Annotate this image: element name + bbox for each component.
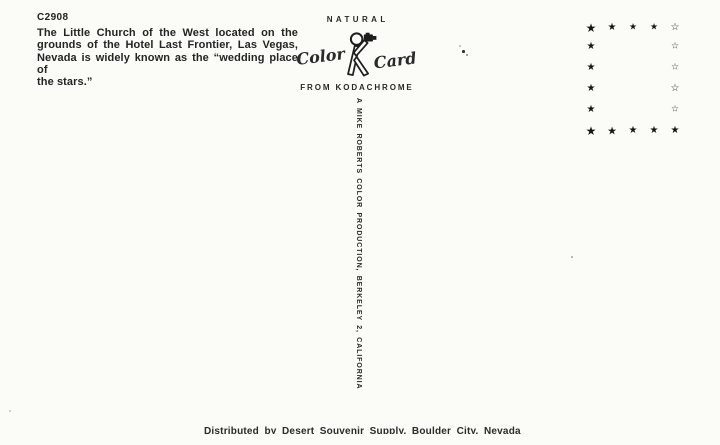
solid-star-icon: ★ — [607, 126, 617, 137]
distributor-line: Distributed by Desert Souvenir Supply, B… — [204, 426, 544, 434]
caption-line-2: grounds of the Hotel Last Frontier, Las … — [37, 39, 298, 51]
kodachrome-label: FROM KODACHROME — [300, 83, 413, 92]
solid-star-icon: ★ — [671, 126, 680, 136]
solid-star-icon: ★ — [586, 22, 597, 34]
caption-line-1: The Little Church of the West located on… — [37, 27, 298, 39]
caption-line-4: the stars.” — [37, 76, 298, 88]
scan-speck — [459, 45, 461, 47]
color-script-word: Color — [296, 44, 347, 69]
brand-natural-label: NATURAL — [327, 15, 389, 24]
solid-star-icon: ★ — [650, 24, 658, 33]
solid-star-icon: ★ — [587, 84, 596, 94]
solid-star-icon: ★ — [586, 125, 597, 137]
postcard-back: C2908 The Little Church of the West loca… — [0, 0, 720, 445]
scan-speck — [9, 410, 11, 412]
scan-speck — [571, 256, 573, 258]
scan-speck — [466, 54, 468, 56]
printer-credit-vertical: A MIKE ROBERTS COLOR PRODUCTION, BERKELE… — [351, 98, 362, 420]
outline-star-icon: ☆ — [671, 106, 679, 115]
card-number: C2908 — [37, 12, 68, 23]
caption-line-3: Nevada is widely known as the “wedding p… — [37, 52, 298, 77]
solid-star-icon: ★ — [629, 24, 637, 33]
distributor-clip: Distributed by Desert Souvenir Supply, B… — [204, 426, 544, 434]
solid-star-icon: ★ — [629, 126, 638, 136]
solid-star-icon: ★ — [650, 126, 659, 136]
scan-speck — [462, 50, 465, 53]
color-card-logo: Color Card — [296, 31, 415, 77]
outline-star-icon: ☆ — [671, 23, 680, 33]
outline-star-icon: ☆ — [671, 43, 679, 52]
solid-star-icon: ★ — [587, 42, 596, 52]
outline-star-icon: ☆ — [671, 64, 679, 73]
brand-block: NATURAL Color Card FROM KODACHROME — [294, 15, 418, 92]
solid-star-icon: ★ — [587, 105, 596, 115]
solid-star-icon: ★ — [608, 23, 617, 33]
caption-paragraph: The Little Church of the West located on… — [37, 27, 298, 88]
solid-star-icon: ★ — [587, 63, 596, 73]
outline-star-icon: ☆ — [671, 84, 680, 94]
